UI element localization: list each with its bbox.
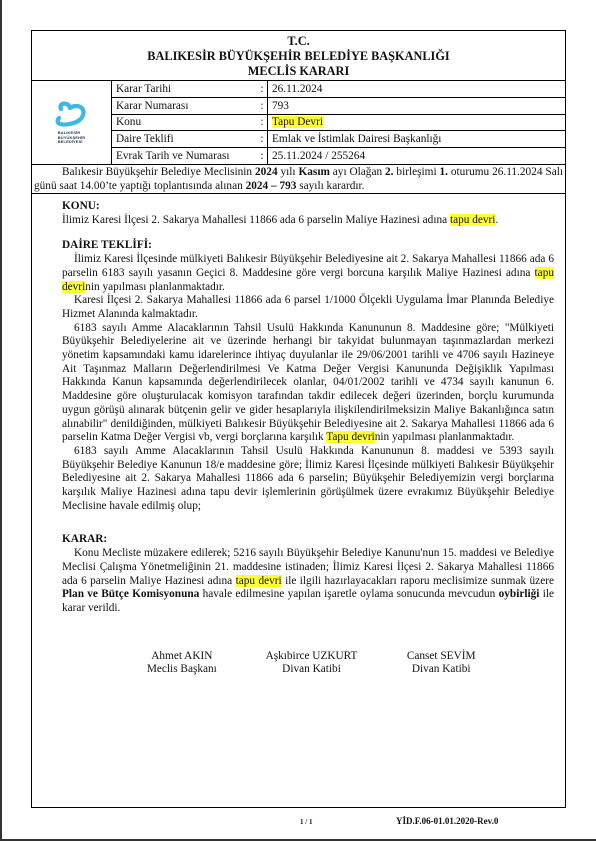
meta-colon: :: [257, 148, 268, 164]
konu-text: İlimiz Karesi İlçesi 2. Sakarya Mahalles…: [62, 214, 554, 228]
highlighted-text: Tapu devri: [326, 431, 374, 443]
signer-name: Aşkıbirce UZKURT: [247, 650, 377, 664]
signer-title: Meclis Başkanı: [117, 663, 247, 677]
signer-title: Divan Katibi: [247, 663, 377, 677]
meta-value: 26.11.2024: [268, 83, 565, 95]
meta-value: Emlak ve İstimlak Dairesi Başkanlığı: [268, 133, 565, 145]
daire-teklifi-p2: Karesi İlçesi 2. Sakarya Mahallesi 11866…: [62, 294, 554, 321]
signature-meclis-baskani: Ahmet AKIN Meclis Başkanı: [117, 650, 247, 677]
meta-row-karar-numarasi: Karar Numarası : 793: [112, 98, 565, 115]
meta-colon: :: [257, 131, 268, 147]
daire-teklifi-p4: 6183 sayılı Amme Alacaklarının Tahsil Us…: [62, 445, 554, 514]
meta-row-daire-teklifi: Daire Teklifi : Emlak ve İstimlak Daires…: [112, 131, 565, 148]
meta-label: Evrak Tarih ve Numarası: [112, 150, 257, 162]
signature-divan-katibi-1: Aşkıbirce UZKURT Divan Katibi: [247, 650, 377, 677]
meta-label: Karar Tarihi: [112, 83, 257, 95]
konu-title: KONU:: [62, 200, 554, 214]
balikesir-heart-logo-icon: [53, 100, 91, 130]
header-institution: BALIKESİR BÜYÜKŞEHİR BELEDİYE BAŞKANLIĞI: [32, 49, 565, 64]
karar-text: Konu Mecliste müzakere edilerek; 5216 sa…: [62, 547, 554, 616]
highlighted-text: tapu devri: [236, 575, 282, 587]
highlighted-text: tapu devri: [450, 214, 496, 226]
daire-teklifi-p3: 6183 sayılı Amme Alacaklarının Tahsil Us…: [62, 322, 554, 445]
signer-name: Ahmet AKIN: [117, 650, 247, 664]
meta-value: 25.11.2024 / 255264: [268, 150, 565, 162]
meta-value: Tapu Devri: [268, 116, 565, 128]
viewer-left-edge: [0, 0, 2, 841]
document-frame: T.C. BALIKESİR BÜYÜKŞEHİR BELEDİYE BAŞKA…: [31, 30, 566, 808]
daire-teklifi-title: DAİRE TEKLİFİ:: [62, 239, 554, 253]
meta-colon: :: [257, 81, 268, 97]
signature-divan-katibi-2: Canset SEVİM Divan Katibi: [376, 650, 506, 677]
document-body: KONU: İlimiz Karesi İlçesi 2. Sakarya Ma…: [32, 194, 565, 677]
logo-text: BALIKESİR BÜYÜKŞEHİR BELEDİYESİ: [58, 131, 85, 145]
signer-name: Canset SEVİM: [376, 650, 506, 664]
meta-row-konu: Konu : Tapu Devri: [112, 115, 565, 132]
signer-title: Divan Katibi: [376, 663, 506, 677]
meta-colon: :: [257, 98, 268, 114]
meta-value: 793: [268, 100, 565, 112]
karar-title: KARAR:: [62, 533, 554, 547]
intro-paragraph: Balıkesir Büyükşehir Belediye Meclisinin…: [32, 165, 565, 194]
page-number: 1 / 1: [300, 818, 312, 826]
meta-table: Karar Tarihi : 26.11.2024 Karar Numarası…: [112, 81, 565, 164]
meta-row-evrak: Evrak Tarih ve Numarası : 25.11.2024 / 2…: [112, 148, 565, 164]
daire-teklifi-p1: İlimiz Karesi İlçesinde mülkiyeti Balıke…: [62, 253, 554, 294]
meta-label: Daire Teklifi: [112, 133, 257, 145]
meta-row-karar-tarihi: Karar Tarihi : 26.11.2024: [112, 81, 565, 98]
header-doc-type: MECLİS KARARI: [32, 64, 565, 79]
meta-label: Karar Numarası: [112, 100, 257, 112]
meta-block: BALIKESİR BÜYÜKŞEHİR BELEDİYESİ Karar Ta…: [32, 81, 565, 165]
highlighted-text: Tapu Devri: [272, 116, 323, 128]
meta-label: Konu: [112, 116, 257, 128]
document-header: T.C. BALIKESİR BÜYÜKŞEHİR BELEDİYE BAŞKA…: [32, 31, 565, 81]
document-code: YİD.F.06-01.01.2020-Rev.0: [396, 816, 498, 826]
meta-colon: :: [257, 115, 268, 131]
signature-row: Ahmet AKIN Meclis Başkanı Aşkıbirce UZKU…: [62, 650, 554, 677]
logo-cell: BALIKESİR BÜYÜKŞEHİR BELEDİYESİ: [32, 81, 112, 164]
page-footer: 1 / 1 YİD.F.06-01.01.2020-Rev.0: [0, 816, 596, 832]
header-tc: T.C.: [32, 34, 565, 49]
